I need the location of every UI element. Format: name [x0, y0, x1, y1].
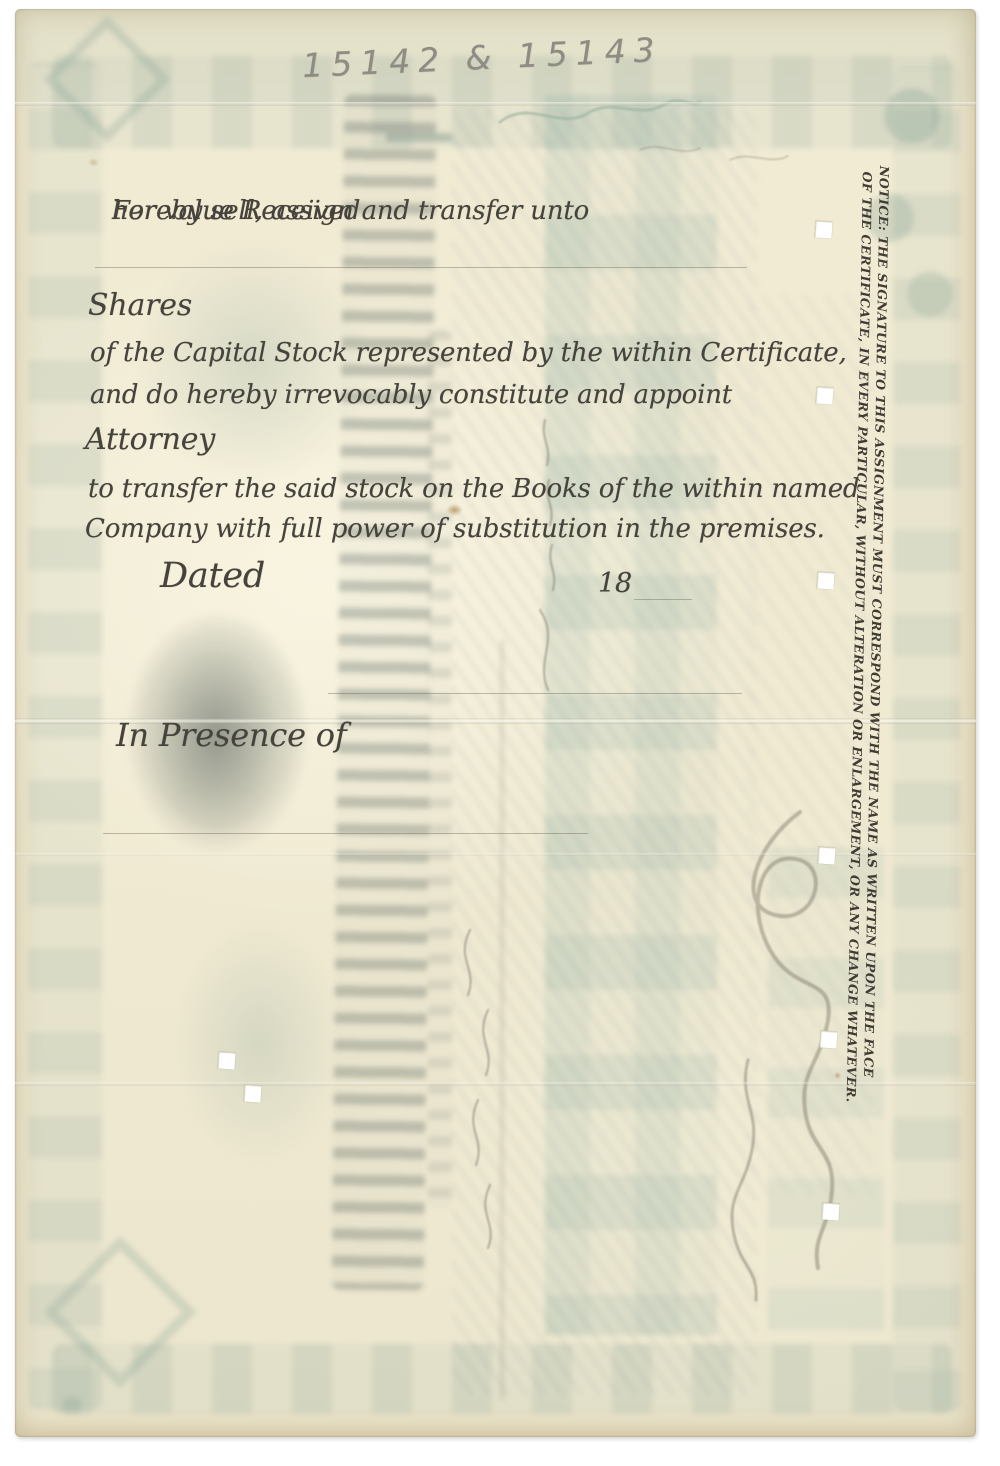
- appoint-text: and do hereby irrevocably constitute and…: [90, 380, 732, 410]
- punch-hole: [816, 571, 834, 589]
- scan-background: 15142 & 15143 For value Received hereby …: [0, 0, 1000, 1466]
- shares-label: Shares: [88, 288, 192, 323]
- substitution-text: Company with full power of substitution …: [85, 514, 825, 544]
- attorney-label: Attorney: [85, 422, 215, 457]
- punch-hole: [217, 1051, 235, 1069]
- transfer-books-text: to transfer the said stock on the Books …: [88, 474, 859, 504]
- year-prefix-label: 18: [598, 568, 632, 599]
- fold-crease-top: [15, 102, 976, 106]
- punch-hole: [817, 846, 835, 864]
- stain: [834, 1072, 841, 1079]
- punch-hole: [814, 220, 832, 238]
- stain: [88, 158, 99, 167]
- punch-hole: [815, 386, 833, 404]
- fill-line-assignee: [95, 248, 747, 268]
- fill-line-year: [634, 580, 692, 600]
- fill-line-signature: [328, 674, 742, 694]
- punch-hole: [243, 1084, 261, 1102]
- capital-stock-text: of the Capital Stock represented by the …: [90, 338, 847, 368]
- sell-assign-text: hereby sell, assign and transfer unto: [112, 196, 589, 226]
- dated-label: Dated: [160, 556, 265, 596]
- punch-hole: [819, 1030, 837, 1048]
- witness-label: In Presence of: [116, 716, 347, 754]
- fill-line-witness: [103, 814, 588, 834]
- punch-hole: [821, 1202, 839, 1220]
- fold-crease-bottom: [15, 1082, 976, 1086]
